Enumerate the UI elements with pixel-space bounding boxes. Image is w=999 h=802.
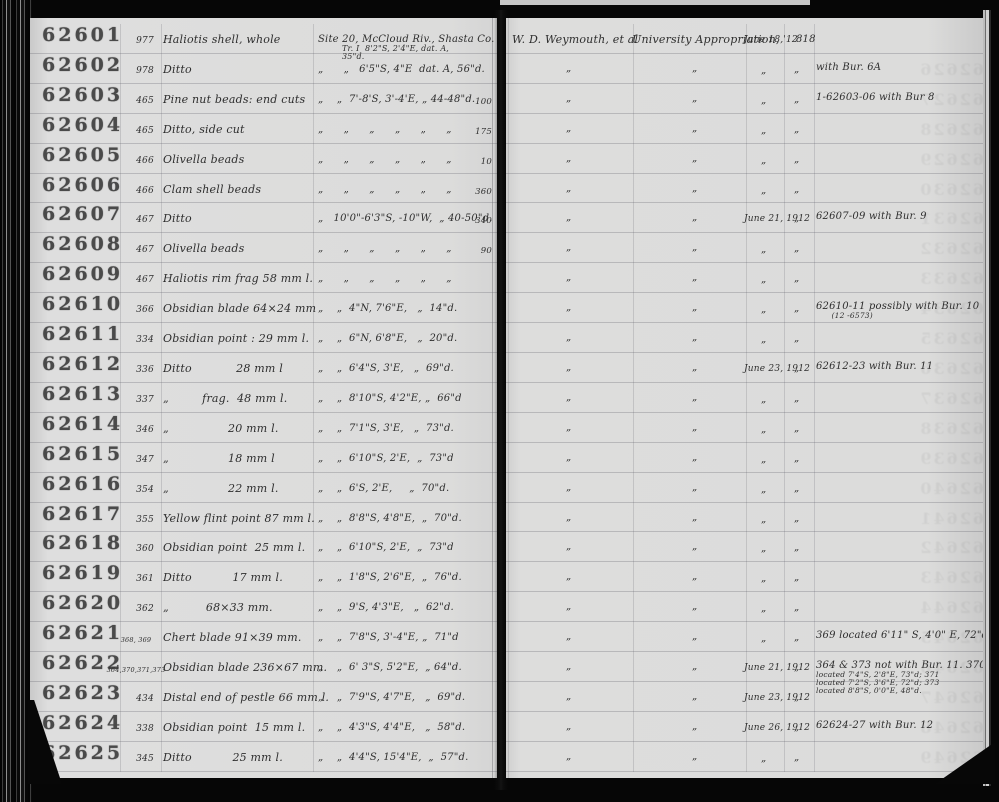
catalog-number: 62601 [42, 24, 123, 46]
how-obtained: „ [692, 392, 697, 403]
description: Obsidian point : 29 mm l. [163, 332, 309, 345]
locality-line: „ „ „ „ „ „ [318, 124, 452, 135]
specimen-count: 90 [450, 246, 492, 256]
ledger-row-right: „„„„62628 [506, 114, 985, 144]
how-obtained: „ [692, 183, 697, 194]
locality-line: „ „ 6'10"S, 2'E, „ 73"d [318, 453, 454, 464]
field-number: 345 [124, 754, 166, 764]
locality: „ „ „ „ „ „ [318, 273, 452, 284]
locality: „ „ 6"N, 6'8"E, „ 20"d. [318, 333, 457, 344]
collector: „ [566, 601, 571, 612]
specimen-count: 175 [450, 127, 492, 137]
description: „ 18 mm l [163, 452, 275, 465]
locality: „ „ 8'10"S, 4'2"E, „ 66"d [318, 393, 462, 404]
ledger-row-left: 62604465Ditto, side cut„ „ „ „ „ „175 [30, 114, 497, 144]
ledger-row-right: „„„„369 located 6'11" S, 4'0" E, 72"d.62… [506, 622, 985, 652]
bleedthrough-ghost-number: 62631 [894, 209, 984, 228]
ledger-row-left: 62621368, 369Chert blade 91×39 mm.„ „ 7'… [30, 622, 497, 652]
collector: W. D. Weymouth, et al [512, 33, 638, 46]
bleedthrough-ghost-number: 62635 [894, 329, 984, 348]
bleedthrough-ghost-number: 62643 [894, 568, 984, 587]
how-obtained: „ [692, 242, 697, 253]
locality-line: „ „ 7'1"S, 3'E, „ 73"d. [318, 423, 454, 434]
how-obtained: „ [692, 452, 697, 463]
bleedthrough-ghost-number: 62637 [894, 389, 984, 408]
specimen-count: 360 [450, 187, 492, 197]
collector: „ [566, 362, 571, 373]
collector: „ [566, 212, 571, 223]
collector: „ [566, 452, 571, 463]
bleedthrough-ghost-number: 62646 [894, 658, 984, 677]
locality: „ „ „ „ „ „ [318, 124, 452, 135]
how-obtained: „ [692, 751, 697, 762]
how-obtained: „ [692, 512, 697, 523]
catalog-number: 62609 [42, 263, 123, 285]
specimen-count: 340 [450, 216, 492, 226]
ledger-row-right: „„June 21, 1912„62607-09 with Bur. 96263… [506, 203, 985, 233]
ledger-row-left: 62610366Obsidian blade 64×24 mm„ „ 4"N, … [30, 293, 497, 323]
right-page-rows: W. D. Weymouth, et alUniversity Appropri… [506, 24, 985, 772]
description: „ 20 mm l. [163, 422, 279, 435]
ledger-row-left: 62609467Haliotis rim frag 58 mm l.„ „ „ … [30, 263, 497, 293]
accession-number: „ [794, 154, 799, 165]
accession-number: „ [794, 542, 799, 553]
right-page: W. D. Weymouth, et alUniversity Appropri… [506, 18, 985, 778]
description: Ditto 17 mm l. [163, 571, 283, 584]
ledger-row-right: „„„„62632 [506, 233, 985, 263]
collector: „ [566, 123, 571, 134]
how-obtained: „ [692, 482, 697, 493]
catalog-number: 62611 [42, 323, 123, 345]
ledger-row-left: 62606466Clam shell beads„ „ „ „ „ „360 [30, 174, 497, 204]
locality: „ „ „ „ „ „ [318, 243, 452, 254]
catalog-number: 62624 [42, 712, 123, 734]
date: „ [761, 573, 766, 584]
ledger-row-right: „„„„62630 [506, 174, 985, 204]
locality: „ „ 6'10"S, 2'E, „ 73"d [318, 542, 454, 553]
accession-number: „ [794, 453, 799, 464]
description: Chert blade 91×39 mm. [163, 631, 302, 644]
ledger-row-left: 62615347„ 18 mm l„ „ 6'10"S, 2'E, „ 73"d [30, 443, 497, 473]
accession-number: „ [794, 184, 799, 195]
description: Haliotis shell, whole [163, 33, 281, 46]
description: „ 68×33 mm. [163, 601, 273, 614]
how-obtained: „ [692, 721, 697, 732]
locality-line: „ „ „ „ „ „ [318, 243, 452, 254]
locality: „ „ „ „ „ „ [318, 154, 452, 165]
collector: „ [566, 93, 571, 104]
ledger-row-left: 62603465Pine nut beads: end cuts„ „ 7'-8… [30, 84, 497, 114]
collector: „ [566, 183, 571, 194]
scan-artifact-top-sliver [500, 0, 810, 5]
how-obtained: „ [692, 153, 697, 164]
catalog-number: 62617 [42, 503, 123, 525]
how-obtained: „ [692, 63, 697, 74]
ledger-row-right: „„June 23, 1912„62612-23 with Bur. 11626… [506, 353, 985, 383]
locality: „ „ 7'1"S, 3'E, „ 73"d. [318, 423, 454, 434]
collector: „ [566, 571, 571, 582]
bleedthrough-ghost-number: 62630 [894, 180, 984, 199]
collector: „ [566, 721, 571, 732]
description: „ frag. 48 mm l. [163, 392, 287, 405]
catalog-number: 62616 [42, 473, 123, 495]
bleedthrough-ghost-number: 62636 [894, 359, 984, 378]
accession-number: „ [794, 333, 799, 344]
accession-number: „ [794, 632, 799, 643]
accession-number: „ [794, 64, 799, 75]
locality-line: „ „ „ „ „ „ [318, 154, 452, 165]
description: Distal end of pestle 66 mm l. [163, 691, 329, 704]
locality-line: „ „ 7'8"S, 3'-4"E, „ 71"d [318, 632, 459, 643]
date: „ [761, 633, 766, 644]
description: Obsidian point 15 mm l. [163, 721, 305, 734]
collector: „ [566, 512, 571, 523]
description: Haliotis rim frag 58 mm l. [163, 272, 313, 285]
bleedthrough-ghost-number: 62648 [894, 718, 984, 737]
ledger-row-left: 62601977Haliotis shell, wholeSite 20, Mc… [30, 24, 497, 54]
ledger-row-right: „„„„62643 [506, 562, 985, 592]
field-number: 355 [124, 515, 166, 525]
locality: „ „ 8'8"S, 4'8"E, „ 70"d. [318, 513, 462, 524]
ledger-row-right: „„„„62640 [506, 473, 985, 503]
ledger-row-right: „„June 23, 1912„62647 [506, 682, 985, 712]
locality: „ „ 4'3"S, 4'4"E, „ 58"d. [318, 722, 465, 733]
catalog-number: 62606 [42, 174, 123, 196]
date: June 21, 1912 [744, 214, 810, 224]
bleedthrough-ghost-number: 62633 [894, 269, 984, 288]
ledger-row-left: 62617355Yellow flint point 87 mm l.„ „ 8… [30, 503, 497, 533]
how-obtained: „ [692, 661, 697, 672]
field-number: 360 [124, 544, 166, 554]
catalog-number: 62615 [42, 443, 123, 465]
locality: „ „ 6'5"S, 4"E dat. A, 56"d. [318, 64, 485, 75]
date: June 23, 1912 [744, 693, 810, 703]
ledger-row-right: „„„„with Bur. 6A62626 [506, 54, 985, 84]
accession-number: „ [794, 513, 799, 524]
description: Ditto [163, 63, 192, 76]
field-number: 338 [124, 724, 166, 734]
bleedthrough-ghost-number: 62629 [894, 150, 984, 169]
accession-number: „ [794, 423, 799, 434]
description: „ 22 mm l. [163, 482, 279, 495]
locality-line: „ „ 4"N, 7'6"E, „ 14"d. [318, 303, 457, 314]
locality: „ „ 6' 3"S, 5'2"E, „ 64"d. [318, 662, 462, 673]
bleedthrough-ghost-number: 62642 [894, 538, 984, 557]
accession-number: „ [794, 722, 799, 733]
field-number: 465 [124, 96, 166, 106]
locality-line: „ „ 6'4"S, 3'E, „ 69"d. [318, 363, 454, 374]
date: June 23, 1912 [744, 364, 810, 374]
date: „ [761, 514, 766, 525]
ledger-row-right: „„„„62649 [506, 742, 985, 772]
ledger-row-left: 62622364,370,371,373Obsidian blade 236×6… [30, 652, 497, 682]
catalog-number: 62602 [42, 54, 123, 76]
collector: „ [566, 242, 571, 253]
ledger-row-left: 62623434Distal end of pestle 66 mm l.„ „… [30, 682, 497, 712]
how-obtained: „ [692, 571, 697, 582]
accession-number: 818 [796, 34, 816, 45]
collector: „ [566, 691, 571, 702]
field-number: 354 [124, 485, 166, 495]
collector: „ [566, 302, 571, 313]
bleedthrough-ghost-number: 62638 [894, 419, 984, 438]
locality-line: „ „ 6'S, 2'E, „ 70"d. [318, 483, 449, 494]
ledger-row-right: „„„„62641 [506, 503, 985, 533]
date: „ [761, 334, 766, 345]
specimen-count: 100 [450, 97, 492, 107]
catalog-number: 62613 [42, 383, 123, 405]
accession-number: „ [794, 393, 799, 404]
how-obtained: „ [692, 93, 697, 104]
catalog-number: 62610 [42, 293, 123, 315]
date: „ [761, 244, 766, 255]
bleedthrough-ghost-number: 62632 [894, 239, 984, 258]
field-number: 366 [124, 305, 166, 315]
bleedthrough-ghost-number: 62639 [894, 449, 984, 468]
locality-line: „ „ 6'5"S, 4"E dat. A, 56"d. [318, 64, 485, 75]
ledger-row-right: „„„„62637 [506, 383, 985, 413]
date: „ [761, 394, 766, 405]
locality-line: „ „ 7'9"S, 4'7"E, „ 69"d. [318, 692, 465, 703]
catalog-number: 62607 [42, 203, 123, 225]
date: „ [761, 185, 766, 196]
ledger-row-right: „„„„62644 [506, 592, 985, 622]
date: „ [761, 65, 766, 76]
date: „ [761, 484, 766, 495]
bleedthrough-ghost-number: 62640 [894, 479, 984, 498]
date: „ [761, 753, 766, 764]
ledger-row-left: 62616354„ 22 mm l.„ „ 6'S, 2'E, „ 70"d. [30, 473, 497, 503]
ledger-row-right: „„„„1-62603-06 with Bur 862627 [506, 84, 985, 114]
date: „ [761, 454, 766, 465]
locality: „ „ 6'4"S, 3'E, „ 69"d. [318, 363, 454, 374]
how-obtained: „ [692, 212, 697, 223]
date: June 18,'12 [744, 35, 798, 45]
description: Obsidian blade 64×24 mm [163, 302, 316, 315]
accession-number: „ [794, 692, 799, 703]
left-page: 62601977Haliotis shell, wholeSite 20, Mc… [30, 18, 497, 778]
bleedthrough-ghost-number: 62644 [894, 598, 984, 617]
date: June 21, 1912 [744, 663, 810, 673]
how-obtained: „ [692, 362, 697, 373]
locality-line: „ „ 4'4"S, 15'4"E, „ 57"d. [318, 752, 468, 763]
description: Yellow flint point 87 mm l. [163, 512, 315, 525]
ledger-row-right: W. D. Weymouth, et alUniversity Appropri… [506, 24, 985, 54]
ledger-row-left: 62605466Olivella beads„ „ „ „ „ „10 [30, 144, 497, 174]
field-number: 362 [124, 604, 166, 614]
locality: „ „ 6'S, 2'E, „ 70"d. [318, 483, 449, 494]
catalog-number: 62619 [42, 562, 123, 584]
collector: „ [566, 482, 571, 493]
locality-line: „ „ 8'8"S, 4'8"E, „ 70"d. [318, 513, 462, 524]
description: Obsidian blade 236×67 mm. [163, 661, 327, 674]
date: „ [761, 304, 766, 315]
accession-number: „ [794, 752, 799, 763]
date: „ [761, 274, 766, 285]
locality: „ „ 1'8"S, 2'6"E, „ 76"d. [318, 572, 462, 583]
date: „ [761, 125, 766, 136]
how-obtained: „ [692, 123, 697, 134]
accession-number: „ [794, 572, 799, 583]
field-number: 336 [124, 365, 166, 375]
locality-line: „ „ 6"N, 6'8"E, „ 20"d. [318, 333, 457, 344]
locality-line: „ „ 1'8"S, 2'6"E, „ 76"d. [318, 572, 462, 583]
scanned-ledger-page: { "document": { "kind": "handwritten mus… [0, 0, 999, 802]
date: „ [761, 603, 766, 614]
date: „ [761, 155, 766, 166]
how-obtained: „ [692, 601, 697, 612]
how-obtained: „ [692, 272, 697, 283]
field-number: 434 [124, 694, 166, 704]
accession-number: „ [794, 124, 799, 135]
locality-line: „ „ „ „ „ „ [318, 184, 452, 195]
accession-number: „ [794, 483, 799, 494]
collector: „ [566, 631, 571, 642]
locality-line: „ „ 8'10"S, 4'2"E, „ 66"d [318, 393, 462, 404]
description: Olivella beads [163, 153, 244, 166]
field-number: 347 [124, 455, 166, 465]
field-number: 467 [124, 215, 166, 225]
how-obtained: „ [692, 631, 697, 642]
field-number: 346 [124, 425, 166, 435]
date: June 26, 1912 [744, 723, 810, 733]
bleedthrough-ghost-number: 62627 [894, 90, 984, 109]
ledger-row-left: 62602978Ditto„ „ 6'5"S, 4"E dat. A, 56"d… [30, 54, 497, 84]
ledger-row-left: 62624338Obsidian point 15 mm l.„ „ 4'3"S… [30, 712, 497, 742]
ledger-row-left: 62612336Ditto 28 mm l„ „ 6'4"S, 3'E, „ 6… [30, 353, 497, 383]
catalog-number: 62603 [42, 84, 123, 106]
bleedthrough-ghost-number: 62645 [894, 628, 984, 647]
how-obtained: „ [692, 541, 697, 552]
catalog-number: 62623 [42, 682, 123, 704]
catalog-number: 62605 [42, 144, 123, 166]
accession-number: „ [794, 303, 799, 314]
specimen-count: 10 [450, 157, 492, 167]
locality: „ „ 4"N, 7'6"E, „ 14"d. [318, 303, 457, 314]
ledger-row-left: 62611334Obsidian point : 29 mm l.„ „ 6"N… [30, 323, 497, 353]
how-obtained: „ [692, 691, 697, 702]
locality: „ „ „ „ „ „ [318, 184, 452, 195]
catalog-number: 62614 [42, 413, 123, 435]
remarks: with Bur. 6A [816, 62, 881, 73]
ledger-row-right: „„„„62633 [506, 263, 985, 293]
ledger-row-right: „„„„62642 [506, 532, 985, 562]
description: Olivella beads [163, 242, 244, 255]
bleedthrough-ghost-number: 62634 [894, 299, 984, 318]
how-obtained: „ [692, 332, 697, 343]
catalog-number: 62604 [42, 114, 123, 136]
collector: „ [566, 153, 571, 164]
catalog-number: 62612 [42, 353, 123, 375]
ledger-row-left: 62618360Obsidian point 25 mm l.„ „ 6'10"… [30, 532, 497, 562]
field-number: 978 [124, 66, 166, 76]
ledger-row-left: 62607467Ditto„ 10'0"-6'3"S, -10"W, „ 40-… [30, 203, 497, 233]
date: „ [761, 95, 766, 106]
field-number: 361 [124, 574, 166, 584]
description: Obsidian point 25 mm l. [163, 541, 305, 554]
field-number: 467 [124, 245, 166, 255]
field-number: 337 [124, 395, 166, 405]
date: „ [761, 543, 766, 554]
remarks-line: with Bur. 6A [816, 62, 881, 73]
locality: „ „ 4'4"S, 15'4"E, „ 57"d. [318, 752, 468, 763]
description: Ditto 28 mm l [163, 362, 283, 375]
ledger-row-left: 62613337„ frag. 48 mm l.„ „ 8'10"S, 4'2"… [30, 383, 497, 413]
bleedthrough-ghost-number: 62626 [894, 60, 984, 79]
locality: „ „ 9'S, 4'3"E, „ 62"d. [318, 602, 454, 613]
catalog-number: 62620 [42, 592, 123, 614]
left-page-rows: 62601977Haliotis shell, wholeSite 20, Mc… [30, 24, 497, 772]
field-number: 466 [124, 156, 166, 166]
field-number: 364,370,371,373 [106, 666, 166, 674]
locality-line: „ „ 6'10"S, 2'E, „ 73"d [318, 542, 454, 553]
ledger-row-left: 62614346„ 20 mm l.„ „ 7'1"S, 3'E, „ 73"d… [30, 413, 497, 443]
field-number: 368, 369 [106, 636, 166, 644]
collector: „ [566, 332, 571, 343]
field-number: 467 [124, 275, 166, 285]
collector: „ [566, 661, 571, 672]
ledger-row-right: „„„„62610-11 possibly with Bur. 10 (12 -… [506, 293, 985, 323]
locality-line: „ „ 4'3"S, 4'4"E, „ 58"d. [318, 722, 465, 733]
bleedthrough-ghost-number: 62641 [894, 509, 984, 528]
ledger-row-right: „„„„62638 [506, 413, 985, 443]
bleedthrough-ghost-number: 62647 [894, 688, 984, 707]
ledger-row-left: 62608467Olivella beads„ „ „ „ „ „90 [30, 233, 497, 263]
collector: „ [566, 392, 571, 403]
book-page-edge-streaks [0, 0, 32, 802]
collector: „ [566, 422, 571, 433]
accession-number: „ [794, 273, 799, 284]
book-page-edge-right [983, 10, 999, 786]
locality-line: „ „ „ „ „ „ [318, 273, 452, 284]
collector: „ [566, 541, 571, 552]
catalog-number: 62608 [42, 233, 123, 255]
accession-number: „ [794, 243, 799, 254]
bleedthrough-ghost-number: 62628 [894, 120, 984, 139]
locality: „ „ 7'8"S, 3'-4"E, „ 71"d [318, 632, 459, 643]
ledger-row-right: „„„„62635 [506, 323, 985, 353]
locality-line: „ „ 9'S, 4'3"E, „ 62"d. [318, 602, 454, 613]
description: Pine nut beads: end cuts [163, 93, 305, 106]
ledger-row-left: 62619361Ditto 17 mm l.„ „ 1'8"S, 2'6"E, … [30, 562, 497, 592]
how-obtained: „ [692, 422, 697, 433]
field-number: 334 [124, 335, 166, 345]
accession-number: „ [794, 213, 799, 224]
ledger-row-left: 62620362„ 68×33 mm.„ „ 9'S, 4'3"E, „ 62"… [30, 592, 497, 622]
locality: „ „ 7'9"S, 4'7"E, „ 69"d. [318, 692, 465, 703]
locality-line: „ „ 6' 3"S, 5'2"E, „ 64"d. [318, 662, 462, 673]
accession-number: „ [794, 662, 799, 673]
description: Clam shell beads [163, 183, 261, 196]
field-number: 466 [124, 186, 166, 196]
accession-number: „ [794, 602, 799, 613]
ledger-row-right: „„„„62629 [506, 144, 985, 174]
collector: „ [566, 272, 571, 283]
collector: „ [566, 751, 571, 762]
locality: „ „ 6'10"S, 2'E, „ 73"d [318, 453, 454, 464]
collector: „ [566, 63, 571, 74]
ledger-row-left: 62625345Ditto 25 mm l.„ „ 4'4"S, 15'4"E,… [30, 742, 497, 772]
how-obtained: „ [692, 302, 697, 313]
ledger-row-right: „„June 21, 1912„364 & 373 not with Bur. … [506, 652, 985, 682]
field-number: 977 [124, 36, 166, 46]
description: Ditto [163, 212, 192, 225]
catalog-number: 62618 [42, 532, 123, 554]
description: Ditto, side cut [163, 123, 245, 136]
field-number: 465 [124, 126, 166, 136]
accession-number: „ [794, 94, 799, 105]
ledger-row-right: „„„„62639 [506, 443, 985, 473]
